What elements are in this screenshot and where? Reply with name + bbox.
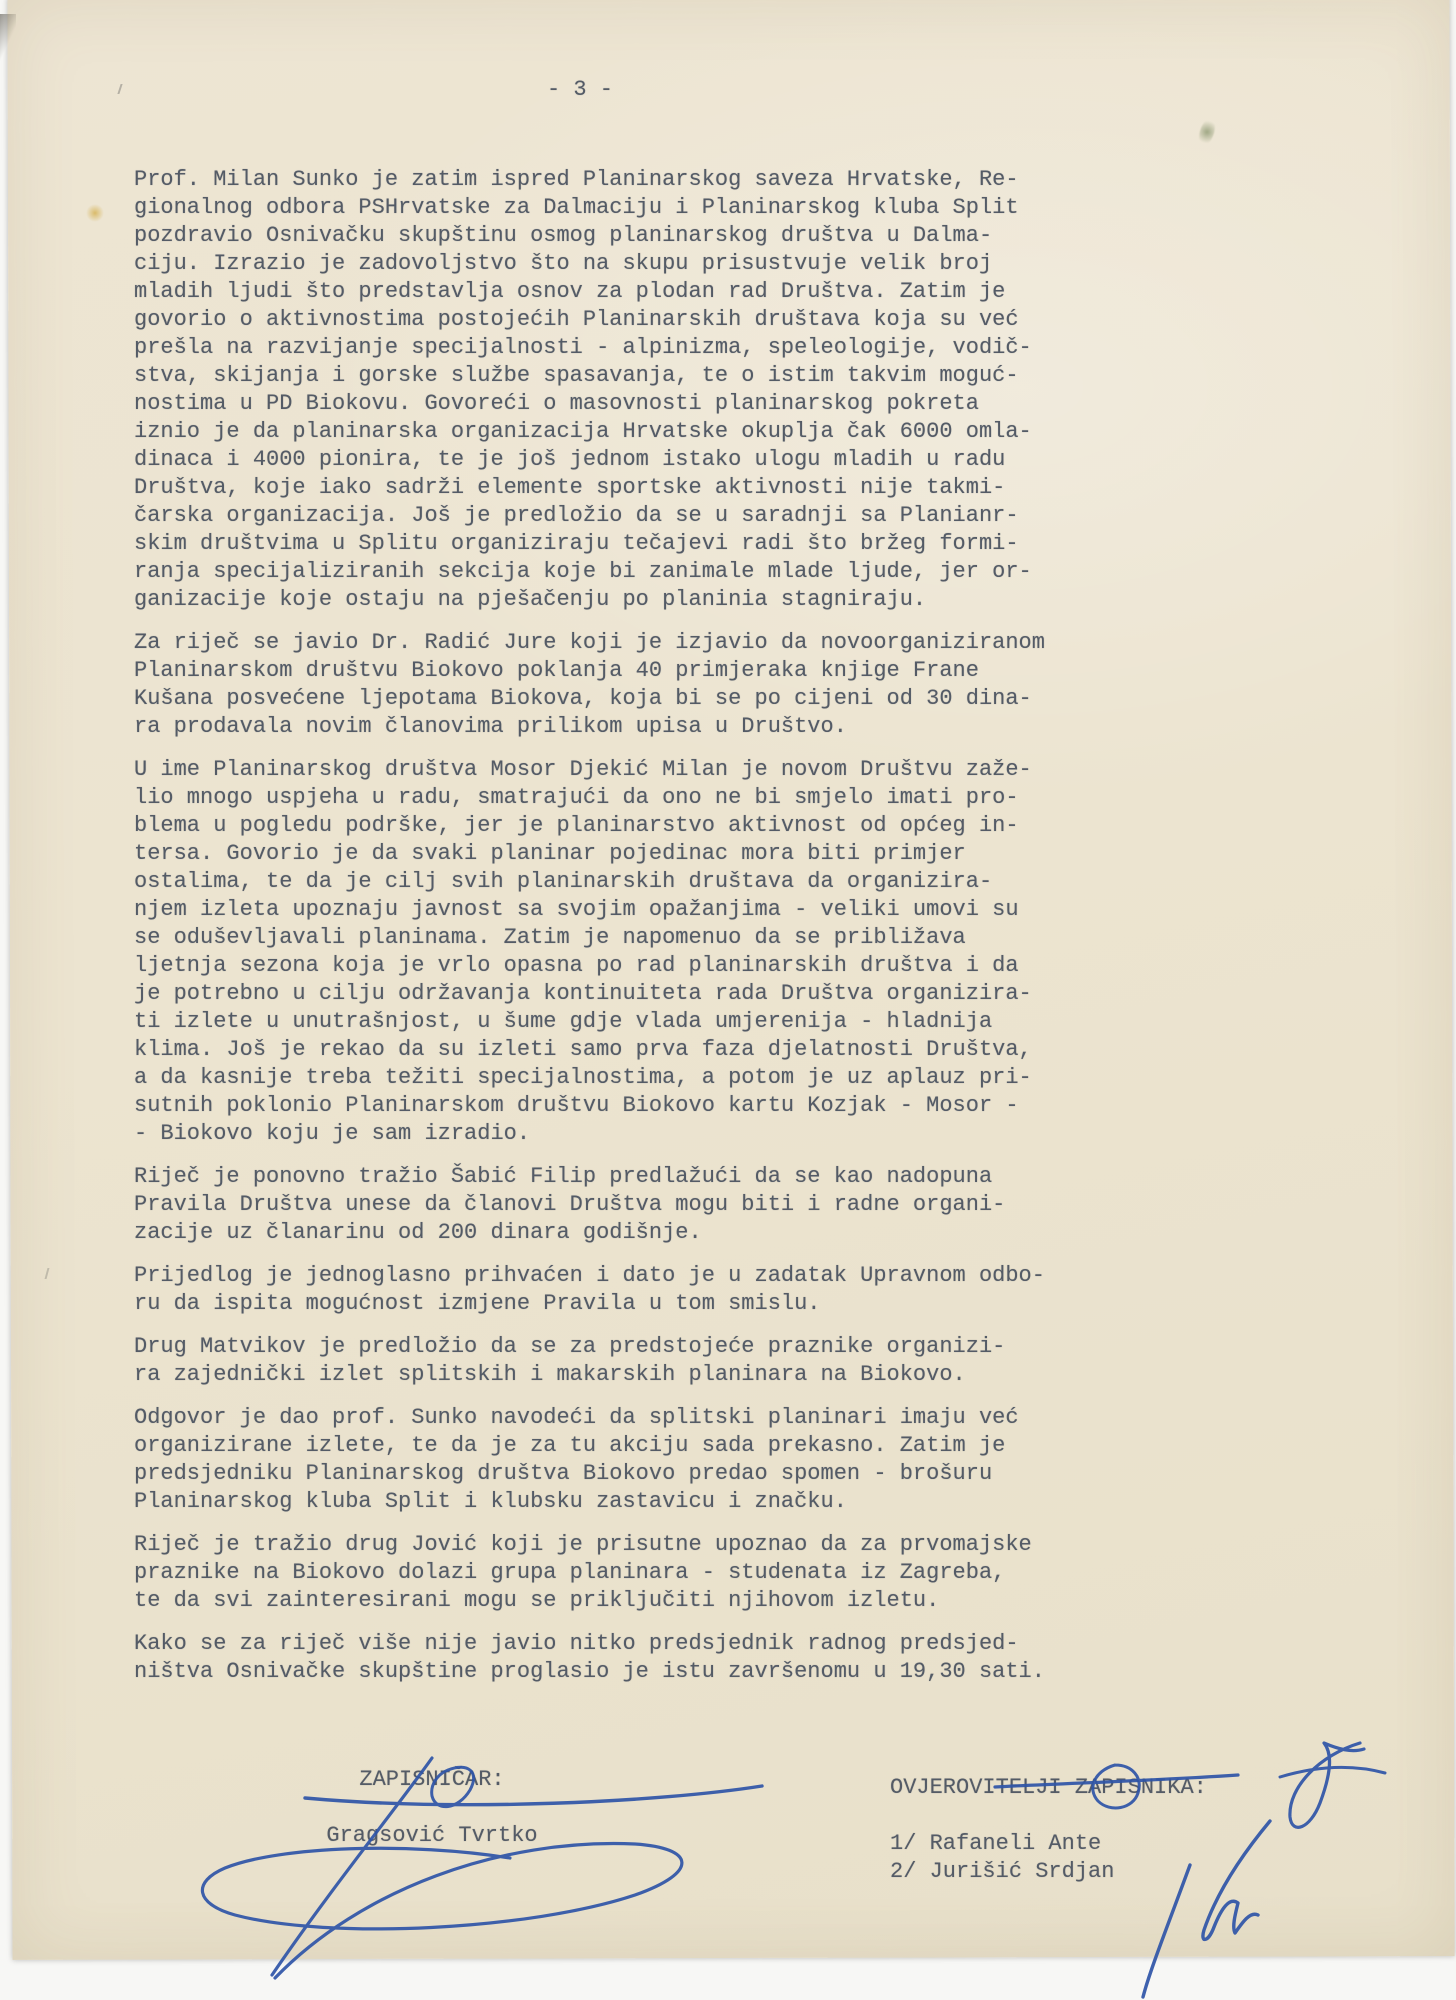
paragraph: Za riječ se javio Dr. Radić Jure koji je… bbox=[134, 629, 1080, 741]
page-number: - 3 - bbox=[500, 76, 660, 104]
paragraph: Riječ je tražio drug Jović koji je prisu… bbox=[134, 1531, 1080, 1615]
paragraph: Prof. Milan Sunko je zatim ispred Planin… bbox=[134, 166, 1080, 614]
paragraph: U ime Planinarskog društva Mosor Djekić … bbox=[134, 756, 1080, 1148]
paragraph: Odgovor je dao prof. Sunko navodeći da s… bbox=[134, 1404, 1080, 1516]
paragraph: Riječ je ponovno tražio Šabić Filip pred… bbox=[134, 1163, 1080, 1247]
scan-corner-mark bbox=[0, 14, 16, 66]
paragraph: Prijedlog je jednoglasno prihvaćen i dat… bbox=[134, 1262, 1080, 1318]
document-body: Prof. Milan Sunko je zatim ispred Planin… bbox=[134, 166, 1080, 1701]
paragraph: Kako se za riječ više nije javio nitko p… bbox=[134, 1630, 1080, 1686]
paragraph: Drug Matvikov je predložio da se za pred… bbox=[134, 1333, 1080, 1389]
signature-recorder bbox=[180, 1740, 800, 2000]
signature-verifiers bbox=[940, 1725, 1400, 2000]
